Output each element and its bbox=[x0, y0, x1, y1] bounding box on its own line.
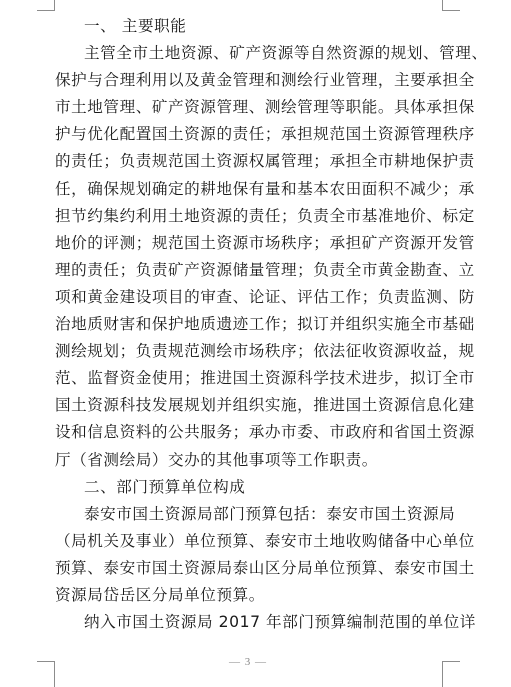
paragraph-line: 资源局岱岳区分局单位预算。 bbox=[55, 582, 442, 609]
paragraph-line: （局机关及事业）单位预算、泰安市土地收购储备中心单位 bbox=[55, 528, 442, 555]
paragraph-line: 设和信息资料的公共服务；承办市委、市政府和省国土资源 bbox=[55, 419, 442, 446]
paragraph-line: 国土资源科技发展规划并组织实施，推进国土资源信息化建 bbox=[55, 392, 442, 419]
paragraph-line: 的责任；负责规范国土资源权属管理；承担全市耕地保护责 bbox=[55, 148, 442, 175]
page-number: — 3 — bbox=[0, 656, 496, 668]
crop-mark-top-right-h bbox=[442, 10, 460, 11]
paragraph-line: 厅（省测绘局）交办的其他事项等工作职责。 bbox=[55, 447, 442, 474]
paragraph-line: 保护与合理利用以及黄金管理和测绘行业管理，主要承担全 bbox=[55, 67, 442, 94]
paragraph-line: 测绘规划；负责规范测绘市场秩序；依法征收资源收益，规 bbox=[55, 338, 442, 365]
paragraph-line: 市土地管理、矿产资源管理、测绘管理等职能。具体承担保 bbox=[55, 94, 442, 121]
paragraph-line: 范、监督资金使用；推进国土资源科学技术进步，拟订全市 bbox=[55, 365, 442, 392]
paragraph-line: 项和黄金建设项目的审查、论证、评估工作；负责监测、防 bbox=[55, 284, 442, 311]
crop-mark-top-left-h bbox=[37, 10, 55, 11]
paragraph-line: 纳入市国土资源局 2017 年部门预算编制范围的单位详 bbox=[55, 609, 442, 636]
paragraph-line: 预算、泰安市国土资源局泰山区分局单位预算、泰安市国土 bbox=[55, 555, 442, 582]
paragraph-line: 护与优化配置国土资源的责任；承担规范国土资源管理秩序 bbox=[55, 121, 442, 148]
section-heading-budget-units: 二、部门预算单位构成 bbox=[55, 474, 442, 501]
paragraph-line: 治地质财害和保护地质遗迹工作；拟订并组织实施全市基础 bbox=[55, 311, 442, 338]
paragraph-line: 任，确保规划确定的耕地保有量和基本农田面积不减少；承 bbox=[55, 176, 442, 203]
paragraph-line: 地价的评测；规范国土资源市场秩序；承担矿产资源开发管 bbox=[55, 230, 442, 257]
paragraph-line: 泰安市国土资源局部门预算包括：泰安市国土资源局 bbox=[55, 501, 442, 528]
section-heading-main-functions: 一、 主要职能 bbox=[55, 13, 442, 40]
paragraph-line: 主管全市土地资源、矿产资源等自然资源的规划、管理、 bbox=[55, 40, 442, 67]
document-body: 一、 主要职能 主管全市土地资源、矿产资源等自然资源的规划、管理、 保护与合理利… bbox=[55, 13, 442, 636]
paragraph-line: 担节约集约利用土地资源的责任；负责全市基准地价、标定 bbox=[55, 203, 442, 230]
paragraph-line: 理的责任；负责矿产资源储量管理；负责全市黄金勘查、立 bbox=[55, 257, 442, 284]
